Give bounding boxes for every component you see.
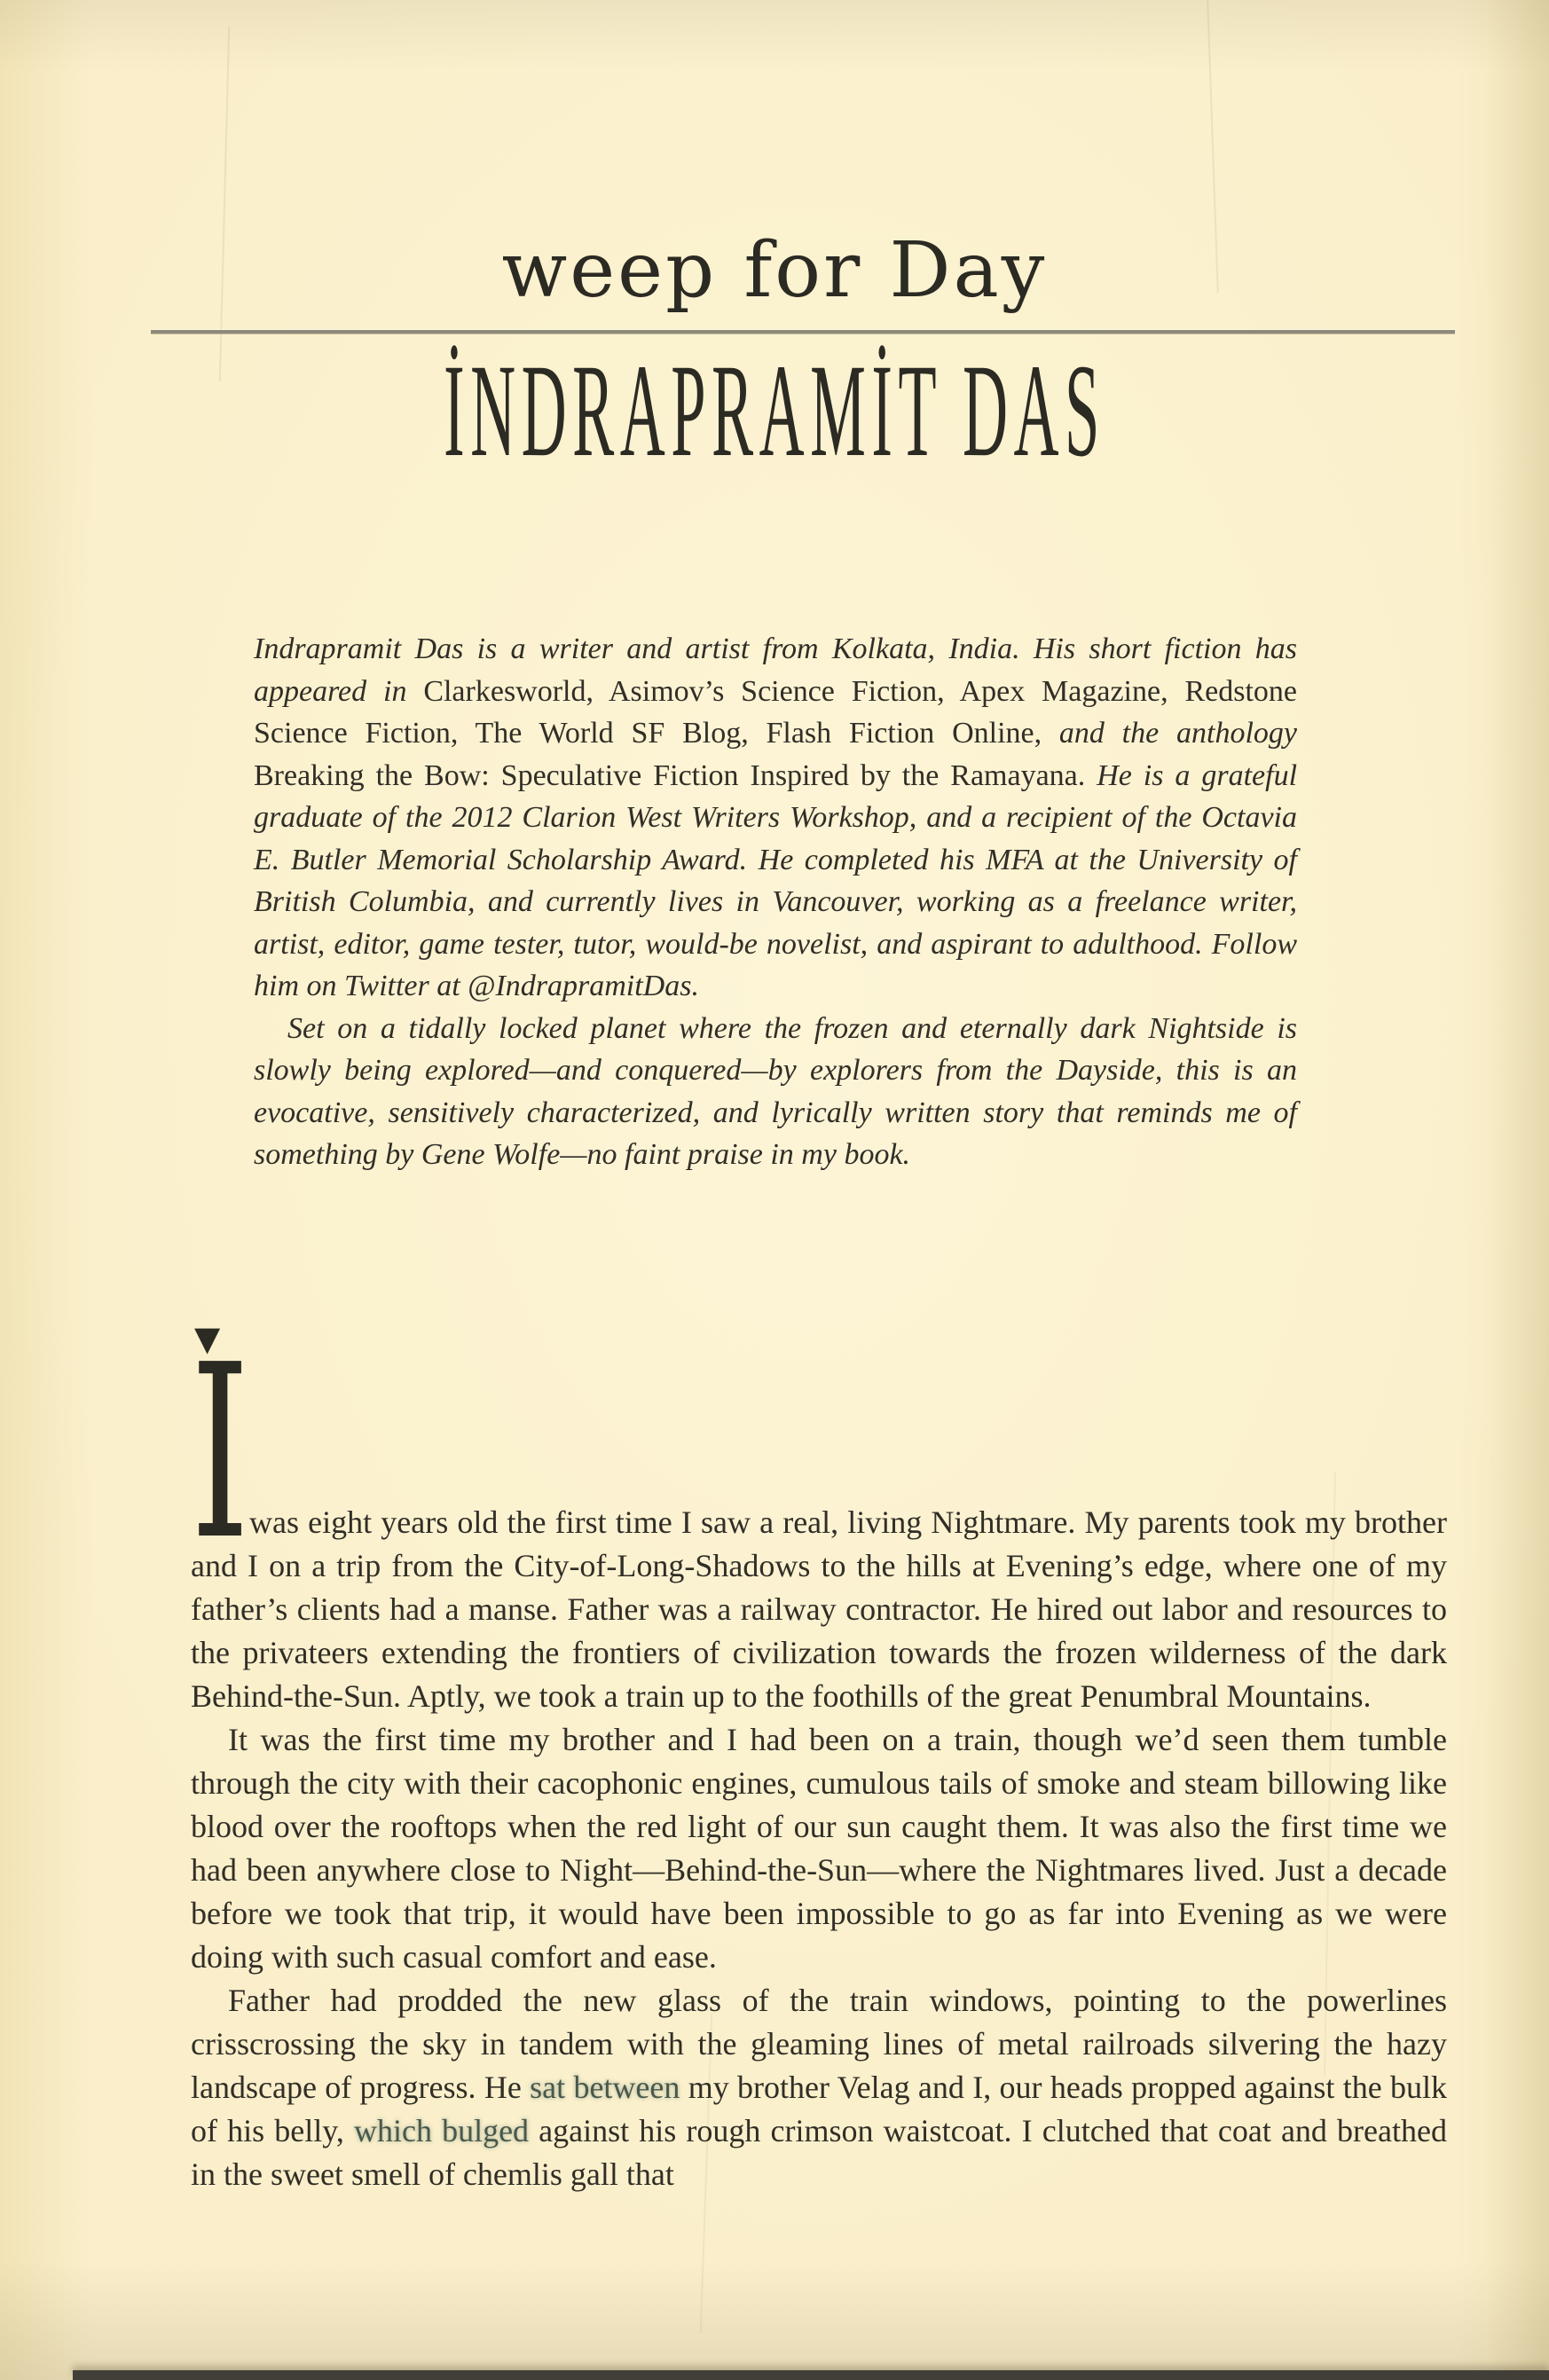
story-paragraph-2: It was the first time my brother and I h…: [191, 1718, 1447, 1979]
story-paragraph-1: was eight years old the first time I saw…: [191, 1501, 1447, 1718]
intro-paragraph-editor-note: Set on a tidally locked planet where the…: [254, 1008, 1297, 1176]
book-page: { "page": { "title": "weep for Day", "au…: [0, 0, 1549, 2380]
intro-paragraph-bio: Indrapramit Das is a writer and artist f…: [254, 628, 1297, 1008]
author-intro-block: Indrapramit Das is a writer and artist f…: [254, 628, 1297, 1176]
story-title: weep for Day: [0, 222, 1549, 319]
text-segment: sat between: [530, 2070, 680, 2105]
story-body-block: ▼ I was eight years old the first time I…: [191, 1501, 1447, 2196]
drop-cap-letter: I: [191, 1313, 249, 1592]
text-segment: He is a grateful graduate of the 2012 Cl…: [254, 759, 1297, 1003]
paper-crease: [219, 27, 230, 381]
text-segment: Breaking the Bow: Speculative Fiction In…: [254, 759, 1085, 792]
author-name: İNDRAPRAMİT DAS: [411, 340, 1139, 482]
text-segment: which bulged: [354, 2113, 529, 2148]
page-bottom-edge: [73, 2370, 1549, 2380]
story-paragraph-3: Father had prodded the new glass of the …: [191, 1979, 1447, 2196]
title-rule: [151, 329, 1455, 334]
text-segment: and the anthology: [1042, 717, 1297, 750]
